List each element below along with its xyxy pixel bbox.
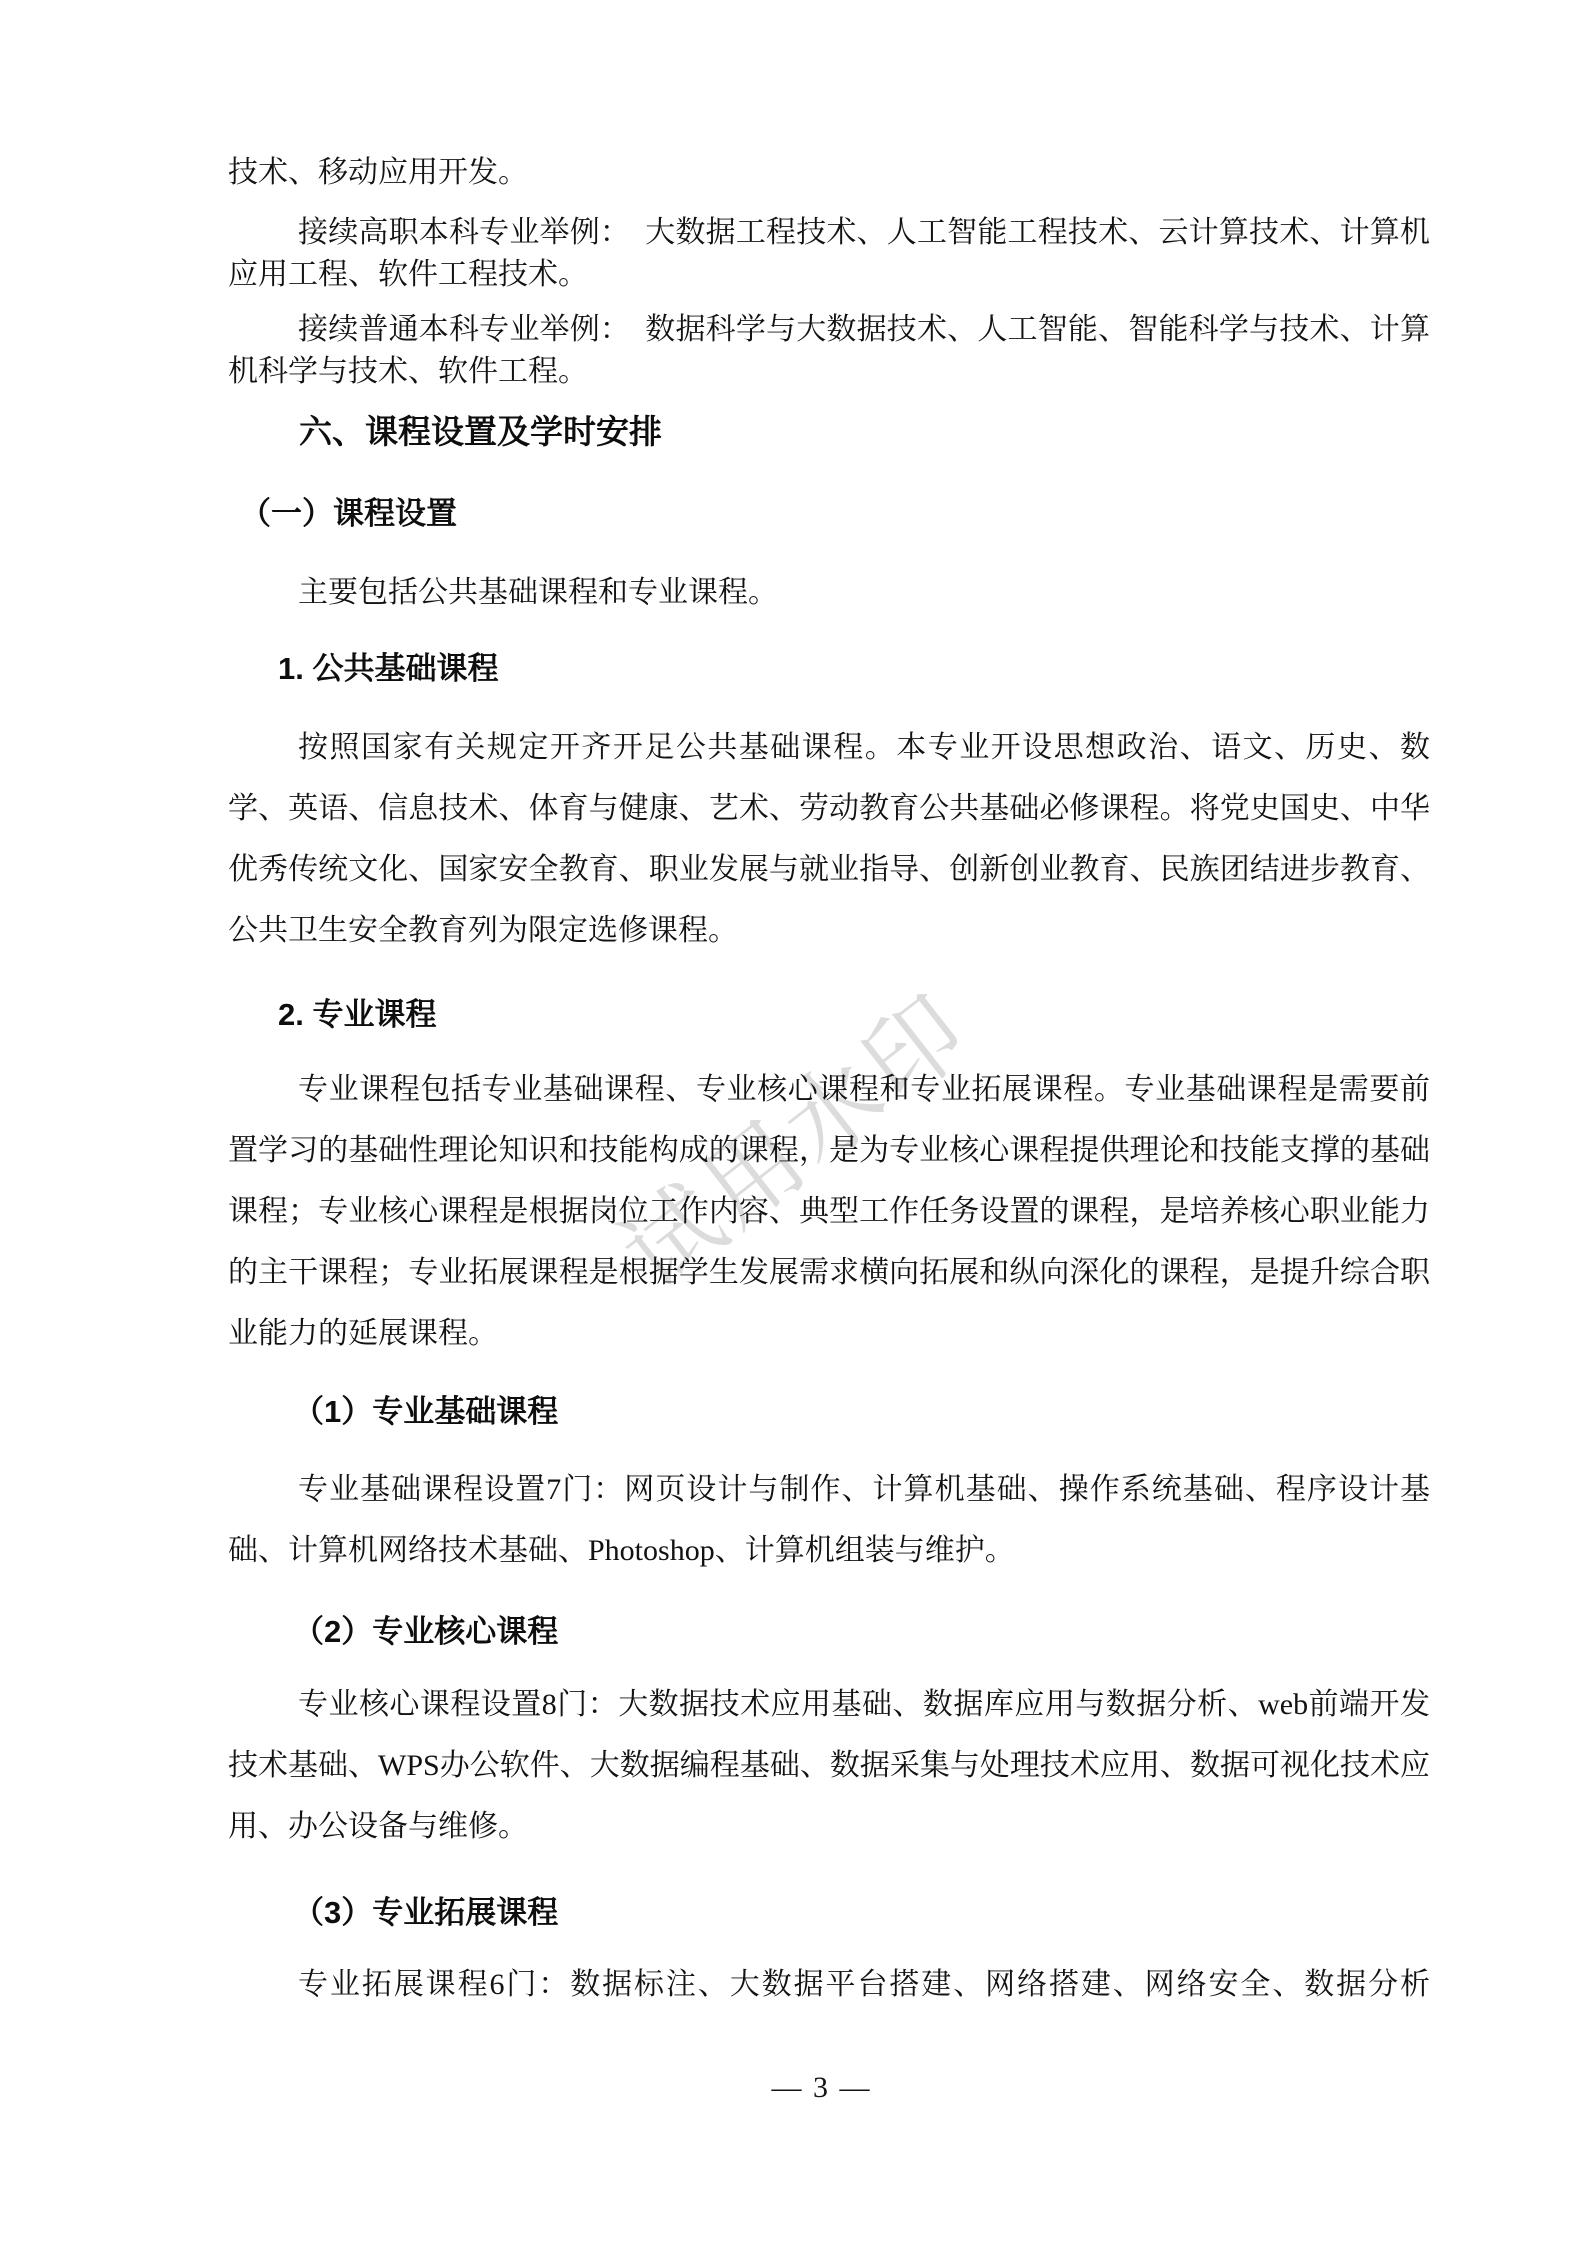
paragraph-public-basic-courses: 按照国家有关规定开齐开足公共基础课程。本专业开设思想政治、语文、历史、数学、英语… <box>228 717 1430 961</box>
document-page: 试用水印 技术、移动应用开发。 接续高职本科专业举例： 大数据工程技术、人工智能… <box>0 0 1587 2245</box>
heading-professional-courses: 2. 专业课程 <box>278 996 436 1033</box>
heading-course-setup: （一）课程设置 <box>240 495 457 532</box>
paragraph-professional-basic-courses: 专业基础课程设置7门：网页设计与制作、计算机基础、操作系统基础、程序设计基础、计… <box>228 1459 1430 1581</box>
heading-section-six: 六、课程设置及学时安排 <box>299 412 662 452</box>
page-number: — 3 — <box>0 2070 1587 2106</box>
paragraph-professional-extension-courses: 专业拓展课程6门：数据标注、大数据平台搭建、网络搭建、网络安全、数据分析 <box>228 1954 1430 2015</box>
heading-public-basic-courses: 1. 公共基础课程 <box>278 650 498 687</box>
paragraph-professional-core-courses: 专业核心课程设置8门：大数据技术应用基础、数据库应用与数据分析、web前端开发技… <box>228 1674 1430 1857</box>
heading-professional-extension-courses: （3）专业拓展课程 <box>293 1894 558 1931</box>
paragraph-higher-vocational-majors: 接续高职本科专业举例： 大数据工程技术、人工智能工程技术、云计算技术、计算机应用… <box>228 212 1430 296</box>
heading-professional-basic-courses: （1）专业基础课程 <box>293 1393 558 1430</box>
heading-professional-core-courses: （2）专业核心课程 <box>293 1613 558 1650</box>
paragraph-regular-undergrad-majors: 接续普通本科专业举例： 数据科学与大数据技术、人工智能、智能科学与技术、计算机科… <box>228 309 1430 393</box>
paragraph-previous-tail: 技术、移动应用开发。 <box>228 152 1430 194</box>
paragraph-professional-courses: 专业课程包括专业基础课程、专业核心课程和专业拓展课程。专业基础课程是需要前置学习… <box>228 1059 1430 1364</box>
paragraph-overview: 主要包括公共基础课程和专业课程。 <box>228 572 1430 614</box>
page-number-label: — 3 — <box>772 2071 872 2104</box>
